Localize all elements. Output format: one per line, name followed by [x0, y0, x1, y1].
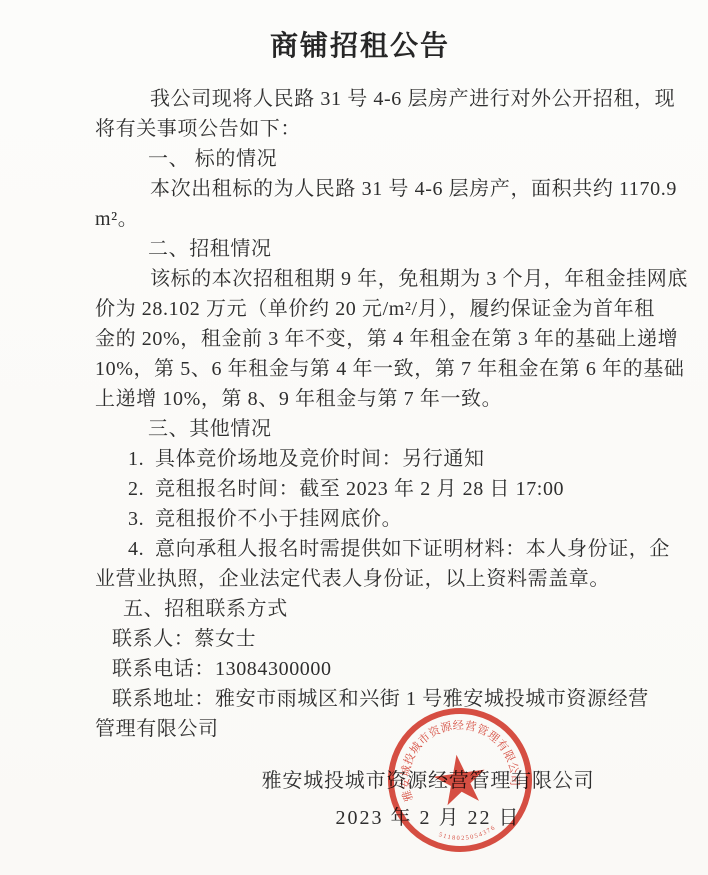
section1-line-1: 本次出租标的为人民路 31 号 4-6 层房产，面积共约 1170.9	[95, 174, 620, 204]
list-item: 2.竞租报名时间：截至 2023 年 2 月 28 日 17:00	[95, 474, 620, 504]
signature-block: 雅安城投城市资源经营管理有限公司 2023 年 2 月 22 日	[258, 766, 598, 833]
contact-person-line: 联系人：蔡女士	[95, 624, 620, 654]
intro-line-1: 我公司现将人民路 31 号 4-6 层房产进行对外公开招租，现	[95, 84, 620, 114]
section2-heading: 二、招租情况	[95, 234, 620, 264]
section2-line-2: 价为 28.102 万元（单价约 20 元/m²/月），履约保证金为首年租	[95, 294, 620, 324]
list-item-number: 4.	[128, 534, 155, 564]
section1-line-2: m²。	[95, 204, 620, 234]
list-item-number: 3.	[128, 504, 155, 534]
section1-heading: 一、 标的情况	[95, 144, 620, 174]
contact-address-line-2: 管理有限公司	[95, 714, 620, 744]
section2-line-4: 10%，第 5、6 年租金与第 4 年一致，第 7 年租金在第 6 年的基础	[95, 354, 620, 384]
list-item: 3.竞租报价不小于挂网底价。	[95, 504, 620, 534]
list-item-text: 竞租报价不小于挂网底价。	[155, 508, 402, 530]
intro-line-2: 将有关事项公告如下：	[95, 114, 620, 144]
section5-heading: 五、招租联系方式	[95, 594, 620, 624]
list-item-text: 具体竞价场地及竞价时间：另行通知	[155, 448, 485, 470]
list-item: 4.意向承租人报名时需提供如下证明材料：本人身份证，企	[95, 534, 620, 564]
contact-phone-line: 联系电话：13084300000	[95, 654, 620, 684]
scanned-announcement-page: 商铺招租公告 我公司现将人民路 31 号 4-6 层房产进行对外公开招租，现 将…	[0, 0, 708, 875]
list-item-wrap-line: 业营业执照，企业法定代表人身份证，以上资料需盖章。	[95, 564, 620, 594]
signature-date: 2023 年 2 月 22 日	[258, 803, 598, 833]
contact-address-line-1: 联系地址：雅安市雨城区和兴街 1 号雅安城投城市资源经营	[95, 684, 620, 714]
document-body: 我公司现将人民路 31 号 4-6 层房产进行对外公开招租，现 将有关事项公告如…	[95, 84, 620, 744]
section3-heading: 三、其他情况	[95, 414, 620, 444]
page-title: 商铺招租公告	[0, 24, 708, 64]
list-item-text: 意向承租人报名时需提供如下证明材料：本人身份证，企	[155, 538, 670, 560]
list-item-number: 2.	[128, 474, 155, 504]
list-item-text: 竞租报名时间：截至 2023 年 2 月 28 日 17:00	[155, 478, 564, 500]
signature-company: 雅安城投城市资源经营管理有限公司	[258, 766, 598, 796]
section2-line-5: 上递增 10%，第 8、9 年租金与第 7 年一致。	[95, 384, 620, 414]
section2-line-1: 该标的本次招租租期 9 年，免租期为 3 个月，年租金挂网底	[95, 264, 620, 294]
list-item: 1.具体竞价场地及竞价时间：另行通知	[95, 444, 620, 474]
section2-line-3: 金的 20%，租金前 3 年不变，第 4 年租金在第 3 年的基础上递增	[95, 324, 620, 354]
list-item-number: 1.	[128, 444, 155, 474]
